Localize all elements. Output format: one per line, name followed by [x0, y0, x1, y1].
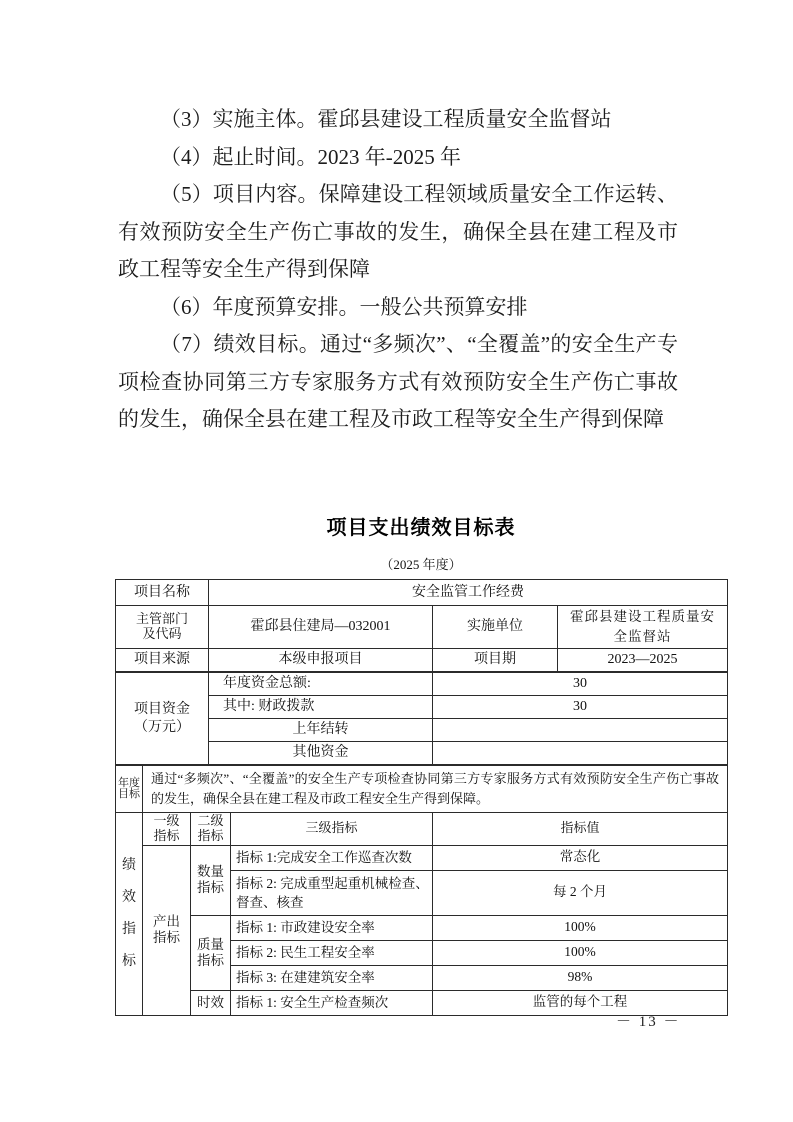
table-subtitle: （2025 年度）	[115, 554, 727, 573]
table-row: 产出 指标 数量 指标 指标 1:完成安全工作巡查次数 常态化	[116, 845, 728, 870]
cell-quality-indicator-label: 质量 指标	[191, 915, 231, 990]
cell-indicator-value: 常态化	[433, 845, 728, 870]
table-title: 项目支出绩效目标表	[115, 511, 727, 540]
cell-fund-fiscal-value: 30	[433, 696, 728, 719]
document-page: （3）实施主体。霍邱县建设工程质量安全监督站 （4）起止时间。2023 年-20…	[0, 0, 793, 1122]
cell-project-name-value: 安全监管工作经费	[209, 580, 728, 606]
cell-source-value: 本级申报项目	[209, 649, 433, 672]
cell-indicator-name: 指标 2: 完成重型起重机械检查、督查、核查	[231, 870, 433, 915]
cell-indicator-name: 指标 2: 民生工程安全率	[231, 940, 433, 965]
cell-indicator-name: 指标 3: 在建建筑安全率	[231, 965, 433, 990]
cell-quantity-indicator-label: 数量 指标	[191, 845, 231, 915]
performance-target-table: 项目支出绩效目标表 （2025 年度） 项目名称 安全监管工作经费 主管部门 及…	[115, 511, 727, 1016]
table-row: 质量 指标 指标 1: 市政建设安全率 100%	[116, 915, 728, 940]
cell-indicator-value: 每 2 个月	[433, 870, 728, 915]
cell-project-name-label: 项目名称	[116, 580, 209, 606]
cell-indicator-value: 监管的每个工程	[433, 990, 728, 1015]
header-level3: 三级指标	[231, 813, 433, 846]
table-row: 项目资金 （万元） 年度资金总额: 30	[116, 673, 728, 696]
cell-annual-goal-label: 年度目标	[116, 766, 143, 813]
cell-impl-unit-value: 霍邱县建设工程质量安全监督站	[558, 606, 728, 649]
table-row: 项目来源 本级申报项目 项目期 2023—2025	[116, 649, 728, 672]
body-text: （3）实施主体。霍邱县建设工程质量安全监督站 （4）起止时间。2023 年-20…	[118, 101, 678, 439]
cell-indicator-value: 100%	[433, 940, 728, 965]
cell-output-indicator-label: 产出 指标	[143, 845, 191, 1015]
table-header-row: 绩效指标 一级 指标 二级 指标 三级指标 指标值	[116, 813, 728, 846]
cell-fund-total-label: 年度资金总额:	[209, 673, 433, 696]
cell-annual-goal-text: 通过“多频次”、“全覆盖”的安全生产专项检查协同第三方专家服务方式有效预防安全生…	[143, 766, 728, 813]
cell-indicator-name: 指标 1:完成安全工作巡查次数	[231, 845, 433, 870]
table-row: 项目名称 安全监管工作经费	[116, 580, 728, 606]
indicators-table: 年度目标 通过“多频次”、“全覆盖”的安全生产专项检查协同第三方专家服务方式有效…	[115, 765, 728, 1016]
header-level1: 一级 指标	[143, 813, 191, 846]
table-row: 主管部门 及代码 霍邱县住建局—032001 实施单位 霍邱县建设工程质量安全监…	[116, 606, 728, 649]
cell-period-label: 项目期	[433, 649, 558, 672]
header-indicator-value: 指标值	[433, 813, 728, 846]
paragraph: （3）实施主体。霍邱县建设工程质量安全监督站	[118, 101, 678, 139]
project-funds-table: 项目资金 （万元） 年度资金总额: 30 其中: 财政拨款 30 上年结转 其他…	[115, 672, 728, 765]
cell-source-label: 项目来源	[116, 649, 209, 672]
cell-fund-carryover-value	[433, 719, 728, 742]
cell-fund-fiscal-label: 其中: 财政拨款	[209, 696, 433, 719]
cell-timeliness-indicator-label: 时效	[191, 990, 231, 1015]
cell-indicator-value: 98%	[433, 965, 728, 990]
cell-dept-value: 霍邱县住建局—032001	[209, 606, 433, 649]
project-info-table: 项目名称 安全监管工作经费 主管部门 及代码 霍邱县住建局—032001 实施单…	[115, 579, 728, 672]
cell-indicator-value: 100%	[433, 915, 728, 940]
cell-indicator-name: 指标 1: 市政建设安全率	[231, 915, 433, 940]
paragraph: （7）绩效目标。通过“多频次”、“全覆盖”的安全生产专项检查协同第三方专家服务方…	[118, 326, 678, 439]
cell-fund-other-label: 其他资金	[209, 742, 433, 765]
table-row: 年度目标 通过“多频次”、“全覆盖”的安全生产专项检查协同第三方专家服务方式有效…	[116, 766, 728, 813]
paragraph: （6）年度预算安排。一般公共预算安排	[118, 289, 678, 327]
cell-period-value: 2023—2025	[558, 649, 728, 672]
paragraph: （4）起止时间。2023 年-2025 年	[118, 139, 678, 177]
cell-performance-group-label: 绩效指标	[116, 813, 143, 1016]
cell-indicator-name: 指标 1: 安全生产检查频次	[231, 990, 433, 1015]
cell-dept-label: 主管部门 及代码	[116, 606, 209, 649]
cell-fund-other-value	[433, 742, 728, 765]
paragraph: （5）项目内容。保障建设工程领域质量安全工作运转、有效预防安全生产伤亡事故的发生…	[118, 176, 678, 289]
page-number: － 13 －	[616, 1010, 681, 1031]
cell-fund-carryover-label: 上年结转	[209, 719, 433, 742]
cell-fund-total-value: 30	[433, 673, 728, 696]
cell-funds-group-label: 项目资金 （万元）	[116, 673, 209, 765]
cell-impl-unit-label: 实施单位	[433, 606, 558, 649]
header-level2: 二级 指标	[191, 813, 231, 846]
